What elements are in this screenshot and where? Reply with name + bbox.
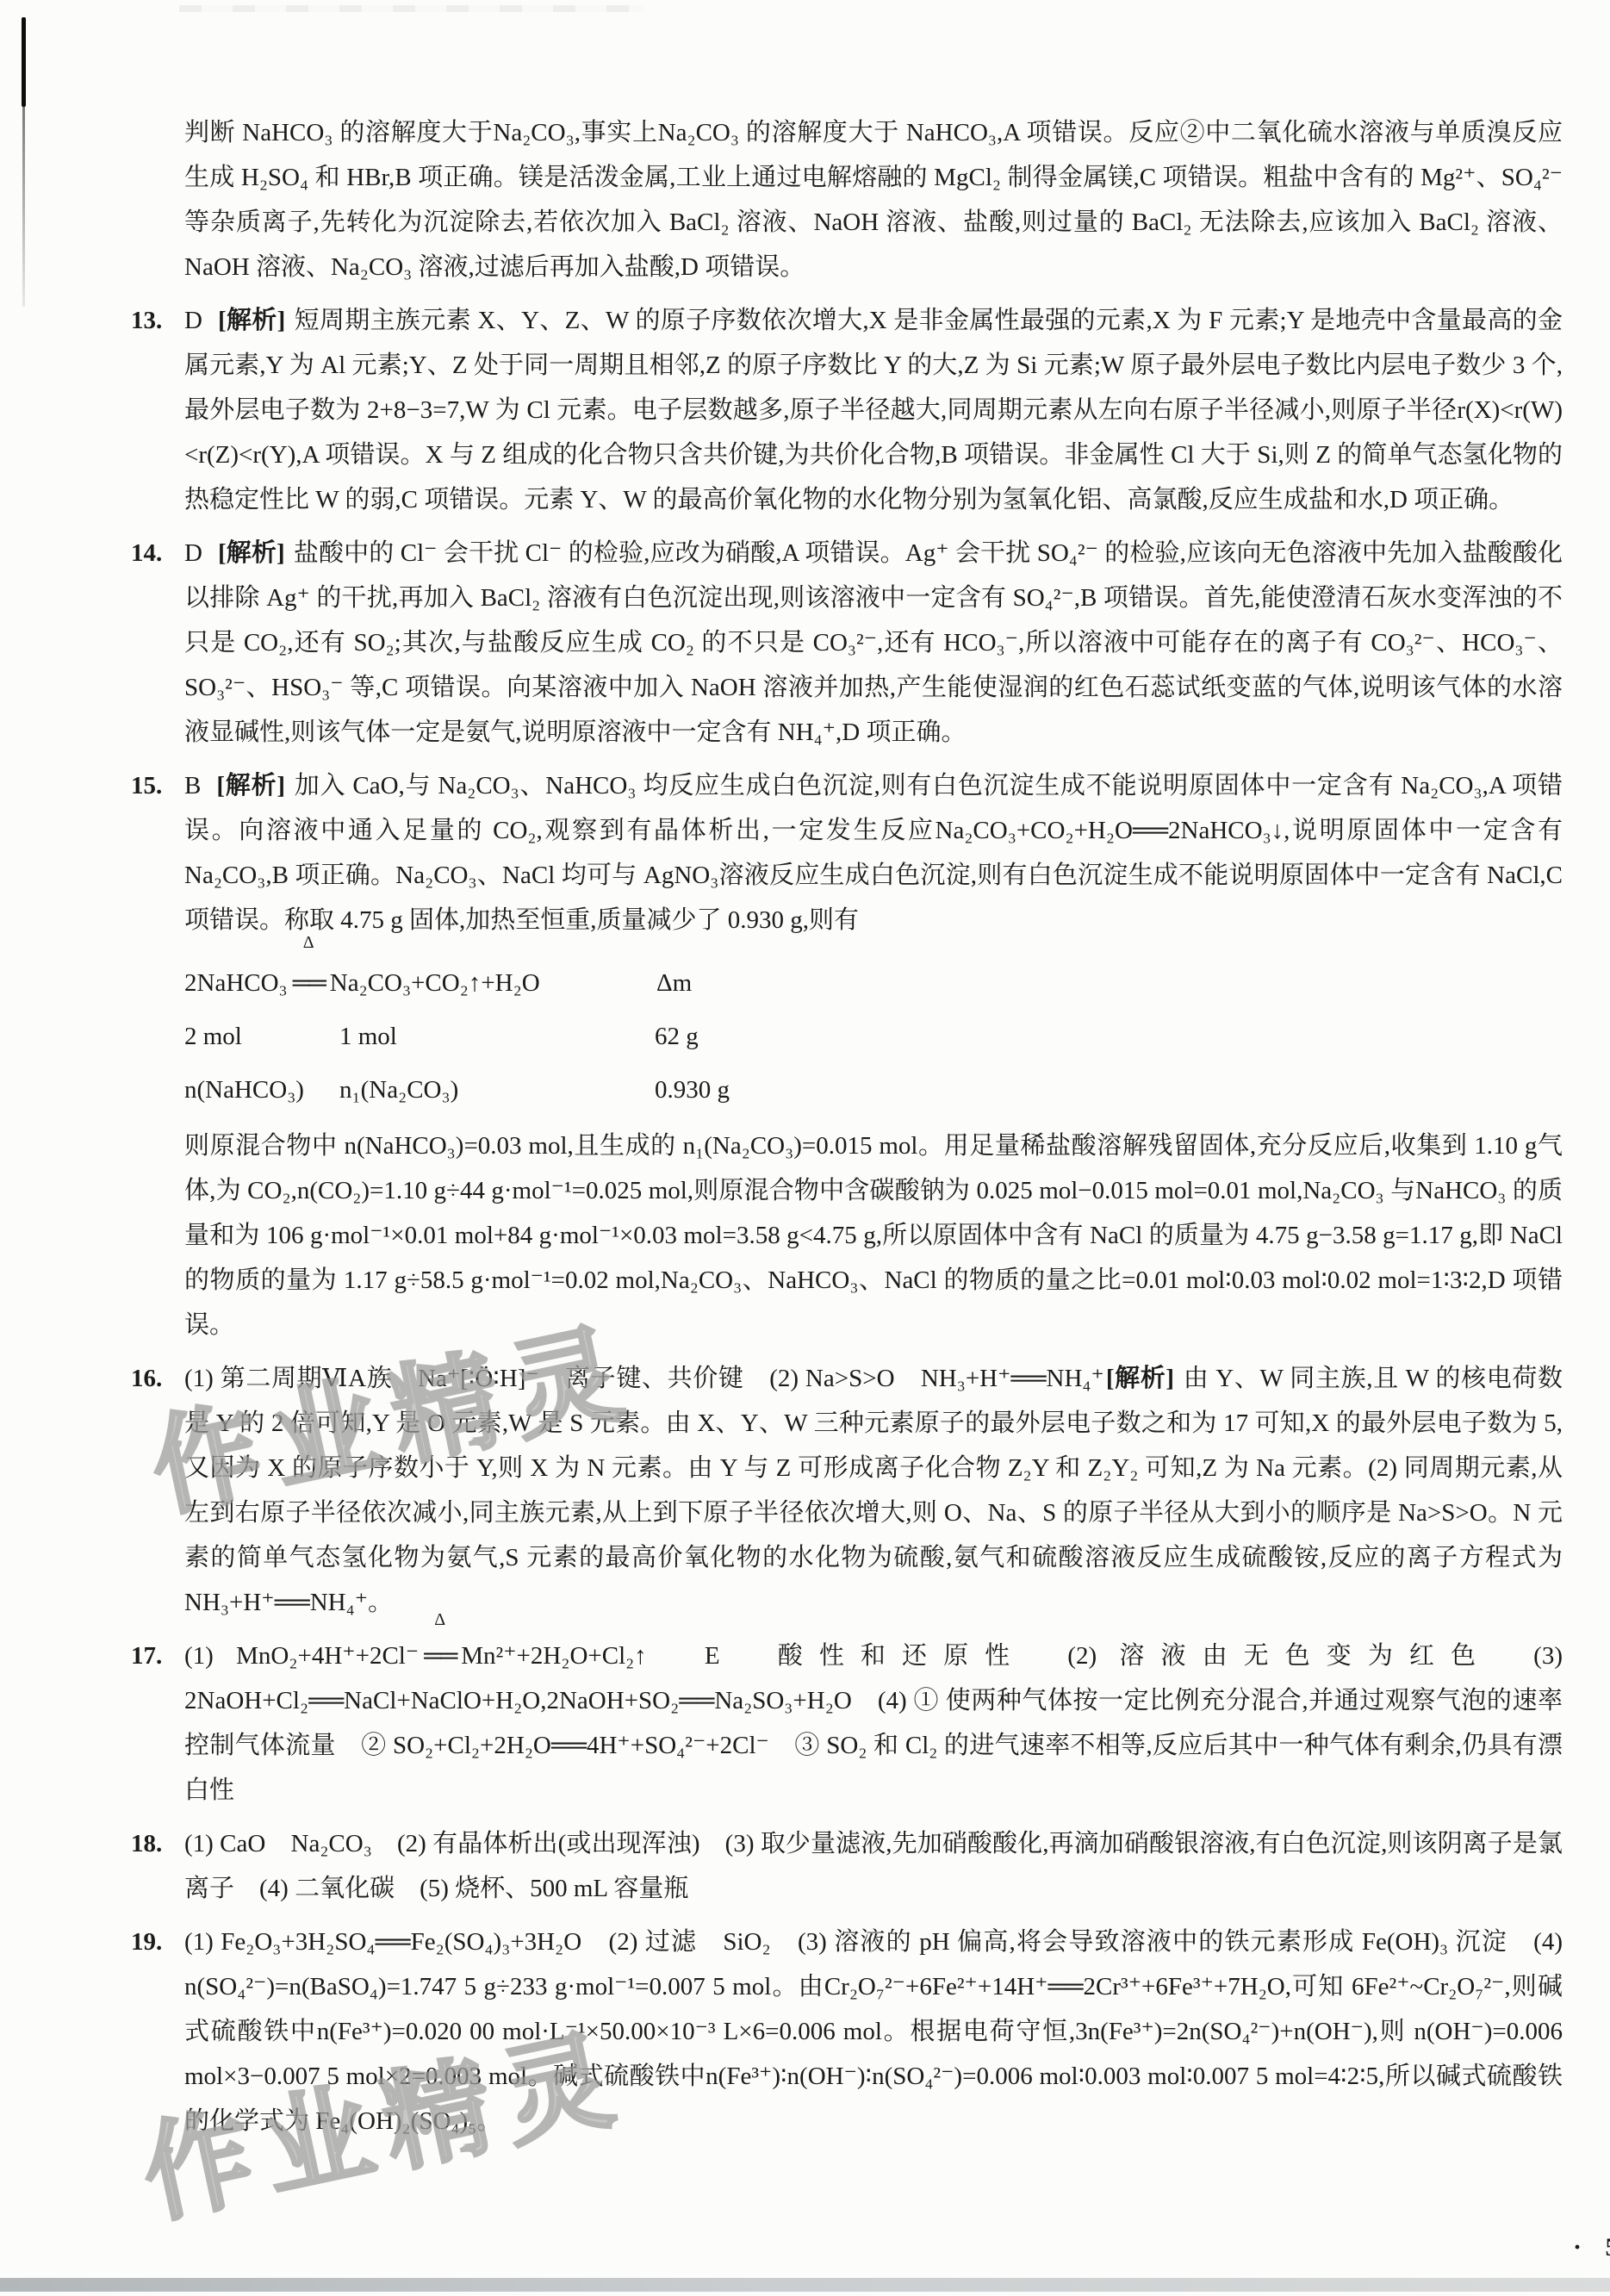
jiexi-label: [解析]: [1106, 1365, 1174, 1392]
jiexi-label: [解析]: [216, 772, 285, 800]
answer-item-18: 18. (1) CaO Na₂CO₃ (2) 有晶体析出(或出现浑浊) (3) …: [131, 1821, 1563, 1911]
mol-expression: n(NaHCO₃): [184, 1063, 339, 1117]
equals-line: ══: [293, 969, 325, 997]
mol-value: 2 mol: [184, 1010, 339, 1063]
page-number: · 5: [1573, 2233, 1610, 2262]
item-number: 19.: [131, 1920, 184, 2144]
answer-text: D[解析]短周期主族元素 X、Y、Z、W 的原子序数依次增大,X 是非金属性最强…: [184, 298, 1563, 522]
answer-continuation: 判断 NaHCO₃ 的溶解度大于Na₂CO₃,事实上Na₂CO₃ 的溶解度大于 …: [131, 110, 1563, 289]
delta-condition: Δ: [434, 1611, 445, 1628]
answer-text: 则原混合物中 n(NaHCO₃)=0.03 mol,且生成的 n₁(Na₂CO₃…: [184, 1123, 1563, 1347]
answer-key-page: 判断 NaHCO₃ 的溶解度大于Na₂CO₃,事实上Na₂CO₃ 的溶解度大于 …: [131, 110, 1563, 2152]
item-number: 15.: [131, 763, 184, 1347]
answer-text: (1) MnO₂+4H⁺+2Cl⁻Δ══Mn²⁺+2H₂O+Cl₂↑ E 酸性和…: [184, 1633, 1563, 1813]
answer-text: (1) 第二周期ⅥA族 Na⁺[∶Ö∶H]⁻ 离子键、共价键 (2) Na>S>…: [184, 1356, 1563, 1625]
equation-rhs: Na₂CO₃+CO₂↑+H₂O: [330, 969, 540, 997]
jiexi-label: [解析]: [218, 307, 285, 334]
equals-line: ══: [424, 1642, 456, 1670]
mol-expression: n₁(Na₂CO₃): [339, 1063, 655, 1117]
explanation: 盐酸中的 Cl⁻ 会干扰 Cl⁻ 的检验,应改为硝酸,A 项错误。Ag⁺ 会干扰…: [184, 539, 1563, 746]
equation-row: n(NaHCO₃) n₁(Na₂CO₃) 0.930 g: [184, 1063, 1563, 1117]
item-number: 17.: [131, 1633, 184, 1813]
item-number: 18.: [131, 1821, 184, 1911]
scan-smudge-top: [179, 5, 644, 12]
equation-lhs: (1) MnO₂+4H⁺+2Cl⁻: [184, 1642, 419, 1670]
answer-text: 判断 NaHCO₃ 的溶解度大于Na₂CO₃,事实上Na₂CO₃ 的溶解度大于 …: [184, 110, 1563, 289]
equation-lhs: 2NaHCO₃: [184, 969, 288, 997]
mol-value: 1 mol: [339, 1010, 655, 1063]
mass-value: 62 g: [655, 1010, 699, 1063]
delta-equals-sign: Δ══: [424, 1633, 456, 1678]
answer-letter: B: [184, 772, 201, 800]
explanation: 由 Y、W 同主族,且 W 的核电荷数是 Y 的 2 倍可知,Y 是 O 元素,…: [184, 1365, 1563, 1616]
delta-m-label: Δm: [656, 956, 692, 1010]
delta-condition: Δ: [303, 934, 314, 951]
answer-item-17: 17. (1) MnO₂+4H⁺+2Cl⁻Δ══Mn²⁺+2H₂O+Cl₂↑ E…: [131, 1633, 1563, 1813]
scan-artifact-tail: [22, 107, 25, 307]
item-number: 16.: [131, 1356, 184, 1625]
answer-letter: D: [184, 307, 202, 334]
delta-equals-sign: Δ══: [293, 956, 325, 1010]
answer-text: D[解析]盐酸中的 Cl⁻ 会干扰 Cl⁻ 的检验,应改为硝酸,A 项错误。Ag…: [184, 531, 1563, 755]
equation-row: 2NaHCO₃Δ══Na₂CO₃+CO₂↑+H₂O Δm: [184, 956, 1563, 1010]
scan-bottom-band: [0, 2278, 1610, 2292]
scan-artifact-mark: [22, 17, 26, 107]
answer-text: (1) Fe₂O₃+3H₂SO₄══Fe₂(SO₄)₃+3H₂O (2) 过滤 …: [184, 1920, 1563, 2144]
equation-row: 2 mol 1 mol 62 g: [184, 1010, 1563, 1063]
item-number: 13.: [131, 298, 184, 522]
jiexi-label: [解析]: [218, 539, 285, 567]
answer-item-13: 13. D[解析]短周期主族元素 X、Y、Z、W 的原子序数依次增大,X 是非金…: [131, 298, 1563, 522]
answer-item-19: 19. (1) Fe₂O₃+3H₂SO₄══Fe₂(SO₄)₃+3H₂O (2)…: [131, 1920, 1563, 2144]
mass-value: 0.930 g: [655, 1063, 730, 1117]
answer-item-16: 16. (1) 第二周期ⅥA族 Na⁺[∶Ö∶H]⁻ 离子键、共价键 (2) N…: [131, 1356, 1563, 1625]
explanation: 加入 CaO,与 Na₂CO₃、NaHCO₃ 均反应生成白色沉淀,则有白色沉淀生…: [184, 772, 1563, 934]
answer-values: (1) 第二周期ⅥA族 Na⁺[∶Ö∶H]⁻ 离子键、共价键 (2) Na>S>…: [184, 1365, 1104, 1392]
answer-text: (1) CaO Na₂CO₃ (2) 有晶体析出(或出现浑浊) (3) 取少量滤…: [184, 1821, 1563, 1911]
explanation: 短周期主族元素 X、Y、Z、W 的原子序数依次增大,X 是非金属性最强的元素,X…: [184, 307, 1563, 513]
chemical-equation-block: 2NaHCO₃Δ══Na₂CO₃+CO₂↑+H₂O Δm 2 mol 1 mol…: [184, 956, 1563, 1117]
answer-item-15: 15. B[解析]加入 CaO,与 Na₂CO₃、NaHCO₃ 均反应生成白色沉…: [131, 763, 1563, 1347]
item-number: 14.: [131, 531, 184, 755]
answer-text: B[解析]加入 CaO,与 Na₂CO₃、NaHCO₃ 均反应生成白色沉淀,则有…: [184, 763, 1563, 943]
answer-letter: D: [184, 539, 202, 567]
answer-item-14: 14. D[解析]盐酸中的 Cl⁻ 会干扰 Cl⁻ 的检验,应改为硝酸,A 项错…: [131, 531, 1563, 755]
item-number: [131, 110, 184, 289]
